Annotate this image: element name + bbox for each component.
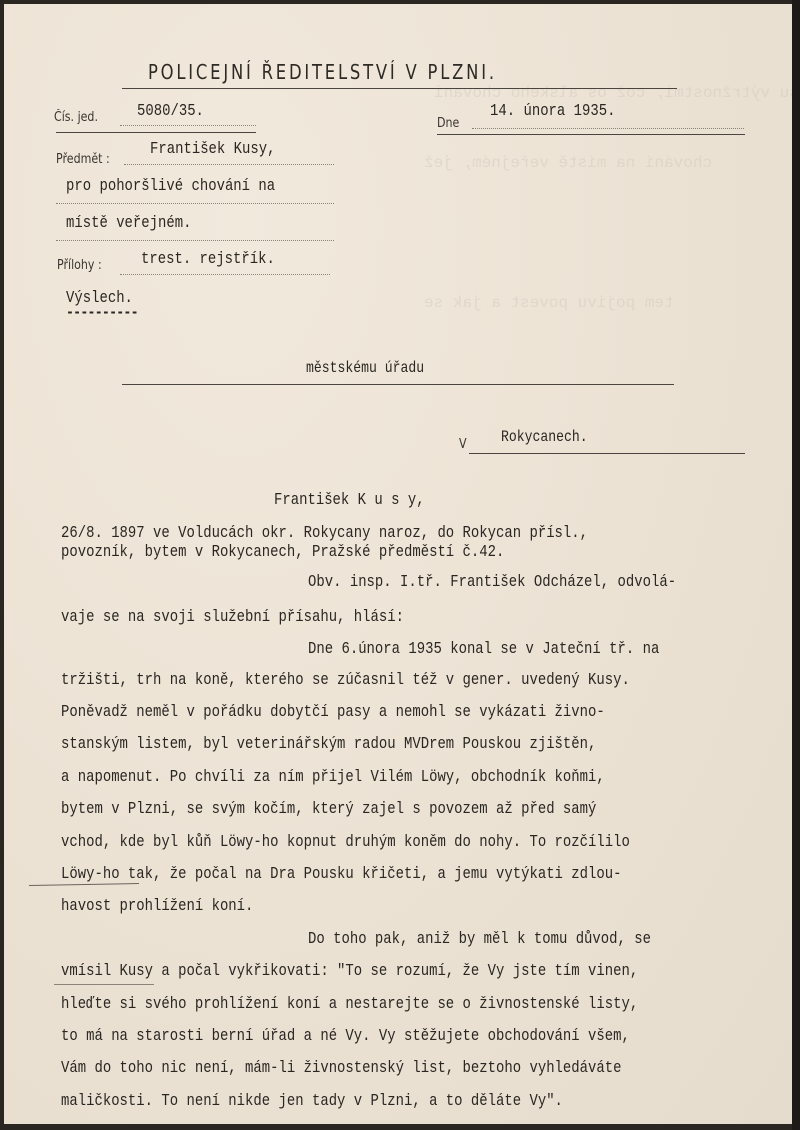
attachments-line-1: trest. rejstřík. — [141, 250, 275, 269]
para2-line-7: vchod, kde byl kůň Löwy-ho kopnut druhým… — [61, 833, 630, 852]
letterhead-title: POLICEJNÍ ŘEDITELSTVÍ V PLZNI. — [148, 60, 497, 84]
subject-line-2: pro pohoršlivé chování na — [66, 177, 275, 196]
recipient-city-underline — [469, 453, 745, 454]
para1-line-1: Obv. insp. I.tř. František Odcházel, odv… — [308, 573, 676, 592]
subject-name-heading: František K u s y, — [274, 491, 425, 510]
ref-value: 5080/35. — [137, 102, 204, 121]
bleed-through-text: lidu, s kusu výtržnostmi, což os alskeho… — [434, 84, 794, 102]
separator-dashes: ---------- — [66, 304, 138, 323]
page-edge-shadow — [792, 0, 800, 1130]
subject-label: Předmět : — [56, 152, 110, 167]
subject-line-3: místě veřejném. — [66, 214, 191, 233]
para2-line-3: Poněvadž neměl v pořádku dobytčí pasy a … — [61, 703, 605, 722]
para2-line-9: havost prohlížení koní. — [61, 897, 253, 916]
personal-line-2: povozník, bytem v Rokycanech, Pražské př… — [61, 543, 504, 562]
subject-dotted-line-1 — [124, 164, 334, 165]
para2-line-1: Dne 6.února 1935 konal se v Jateční tř. … — [308, 640, 659, 659]
subject-dotted-line-2 — [56, 203, 334, 204]
para3-line-3: hleďte si svého prohlížení koní a nestar… — [61, 995, 638, 1014]
recipient-prefix: V — [459, 437, 467, 452]
para3-line-2: vmísil Kusy a počal vykřikovati: "To se … — [61, 962, 638, 981]
attachments-label: Přílohy : — [57, 258, 102, 273]
date-underline — [437, 134, 745, 135]
para3-line-1: Do toho pak, aniž by měl k tomu důvod, s… — [308, 930, 651, 949]
para3-line-5: Vám do toho nic není, mám-li živnostensk… — [61, 1059, 621, 1078]
bleed-through-text: chování na místě veřejném, jež — [424, 154, 712, 172]
pencil-mark — [29, 883, 139, 886]
recipient-office: městskému úřadu — [306, 359, 424, 377]
para2-line-4: stanským listem, byl veterinářským radou… — [61, 735, 596, 754]
para1-line-2: vaje se na svoji služební přísahu, hlásí… — [61, 608, 404, 627]
para2-line-5: a napomenut. Po chvíli za ním přijel Vil… — [61, 768, 605, 787]
para2-line-6: bytem v Plzni, se svým kočím, který zaje… — [61, 800, 596, 819]
ref-dotted-line — [120, 125, 256, 126]
para2-line-2: tržišti, trh na koně, kterého se zúčasni… — [61, 671, 630, 690]
attachments-dotted-line — [120, 274, 330, 275]
date-value: 14. února 1935. — [490, 102, 615, 121]
date-dotted-line — [472, 128, 744, 129]
pencil-mark — [54, 984, 154, 985]
ref-underline — [56, 132, 256, 133]
personal-line-1: 26/8. 1897 ve Volducách okr. Rokycany na… — [61, 524, 588, 543]
recipient-office-underline — [122, 384, 674, 385]
date-label: Dne — [437, 116, 459, 131]
para3-line-4: to má na starosti berní úřad a né Vy. Vy… — [61, 1027, 630, 1046]
subject-dotted-line-3 — [56, 240, 334, 241]
document-page: lidu, s kusu výtržnostmi, což os alskeho… — [4, 4, 794, 1124]
recipient-city: Rokycanech. — [501, 428, 588, 446]
subject-line-1: František Kusy, — [150, 140, 275, 159]
letterhead-underline — [122, 88, 677, 89]
para2-line-8: Löwy-ho tak, že počal na Dra Pousku křič… — [61, 865, 621, 884]
bleed-through-text: tem pojivu povest a jak se — [424, 294, 674, 312]
ref-label: Čís. jed. — [54, 110, 98, 125]
para3-line-6: maličkosti. To není nikde jen tady v Plz… — [61, 1092, 563, 1111]
